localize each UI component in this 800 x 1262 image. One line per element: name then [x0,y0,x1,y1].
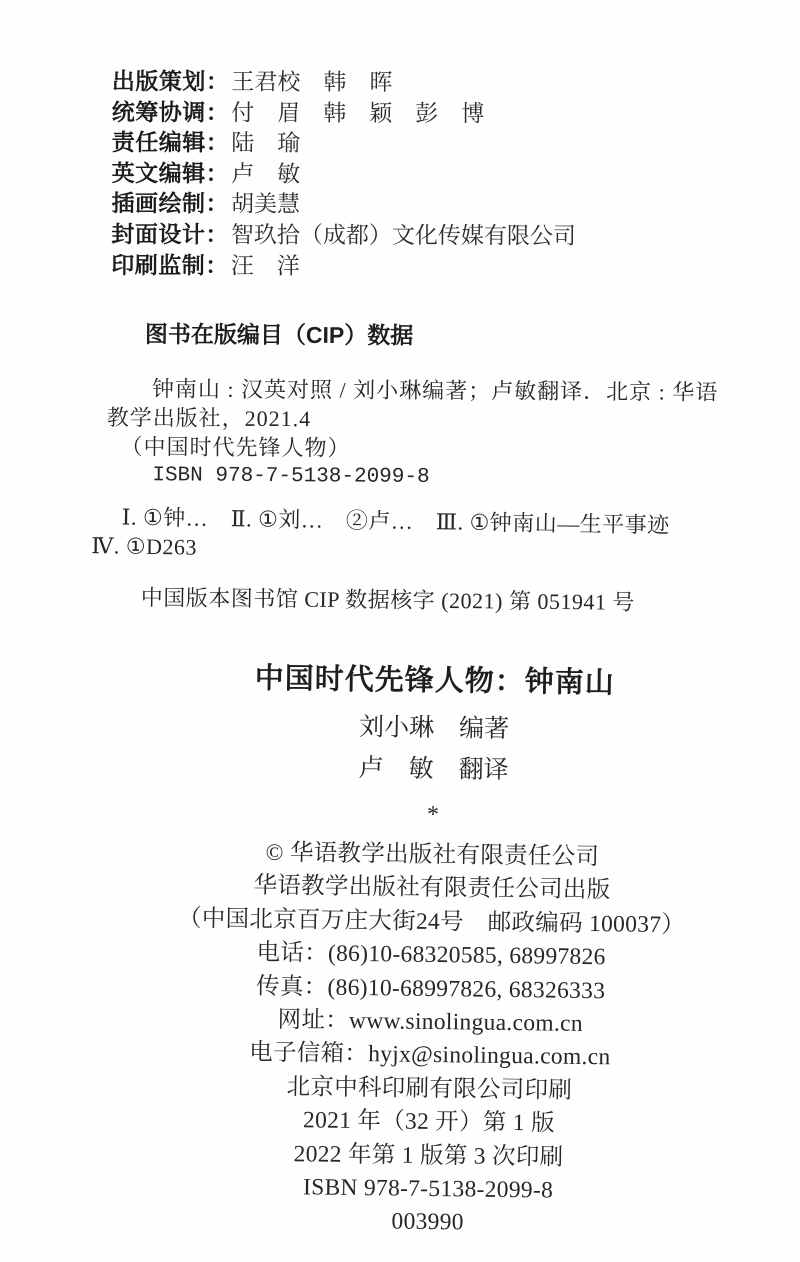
credit-row-illustrator: 插画绘制： 胡美慧 [111,188,576,220]
cip-isbn-line: ISBN 978-7-5138-2099-8 [106,461,796,494]
credit-row-cover-designer: 封面设计： 智玖拾（成都）文化传媒有限公司 [111,219,576,251]
credit-row-print-supervisor: 印刷监制： 汪 洋 [111,250,576,282]
imprint-lines: © 华语教学出版社有限责任公司 华语教学出版社有限责任公司出版 （中国北京百万庄… [62,834,797,1244]
credit-label: 封面设计： [111,219,229,250]
cip-heading: 图书在版编目（CIP）数据 [145,316,414,350]
colophon-block: 中国时代先锋人物：钟南山 刘小琳 编著 卢 敏 翻译 * © 华语教学出版社有限… [62,655,800,1244]
credit-value: 智玖拾（成都）文化传媒有限公司 [231,220,576,252]
cip-classification-block: Ⅰ. ①钟… Ⅱ. ①刘… ②卢… Ⅲ. ①钟南山—生平事迹 Ⅳ. ①D263 [85,503,786,570]
credit-label: 责任编辑： [112,127,230,158]
separator-star: * [68,790,798,840]
credit-label: 统筹协调： [112,97,230,128]
credit-value: 汪 洋 [231,251,300,282]
credit-value: 付 眉 韩 颖 彭 博 [231,98,484,129]
cip-entry-line: 教学出版社，2021.4 [107,403,797,436]
credit-value: 王君校 韩 晖 [231,67,392,98]
credit-row-coordinator: 统筹协调： 付 眉 韩 颖 彭 博 [112,97,577,129]
credit-label: 英文编辑： [112,158,230,189]
cip-entry-line: 钟南山 : 汉英对照 / 刘小琳编著；卢敏翻译．北京 : 华语 [107,374,797,407]
credit-label: 印刷监制： [111,250,229,281]
credit-value: 卢 敏 [231,159,300,190]
credit-label: 插画绘制： [111,188,229,219]
credit-value: 陆 瑜 [231,129,300,160]
credit-row-publishing-planner: 出版策划： 王君校 韩 晖 [112,66,577,98]
translator-line: 卢 敏 翻译 [68,744,798,795]
credit-row-english-editor: 英文编辑： 卢 敏 [112,158,577,190]
cip-entry-block: 钟南山 : 汉英对照 / 刘小琳编著；卢敏翻译．北京 : 华语 教学出版社，20… [106,374,797,494]
cip-record-number: 中国版本图书馆 CIP 数据核字 (2021) 第 051941 号 [141,581,635,617]
cip-series-line: （中国时代先锋人物） [106,432,796,465]
copyright-page: 出版策划： 王君校 韩 晖 统筹协调： 付 眉 韩 颖 彭 博 责任编辑： 陆 … [0,0,800,1262]
credit-label: 出版策划： [112,66,230,97]
credit-value: 胡美慧 [231,190,300,221]
credits-block: 出版策划： 王君校 韩 晖 统筹协调： 付 眉 韩 颖 彭 博 责任编辑： 陆 … [111,66,576,282]
credit-row-managing-editor: 责任编辑： 陆 瑜 [112,127,577,159]
book-series-title: 中国时代先锋人物：钟南山 [69,655,799,707]
